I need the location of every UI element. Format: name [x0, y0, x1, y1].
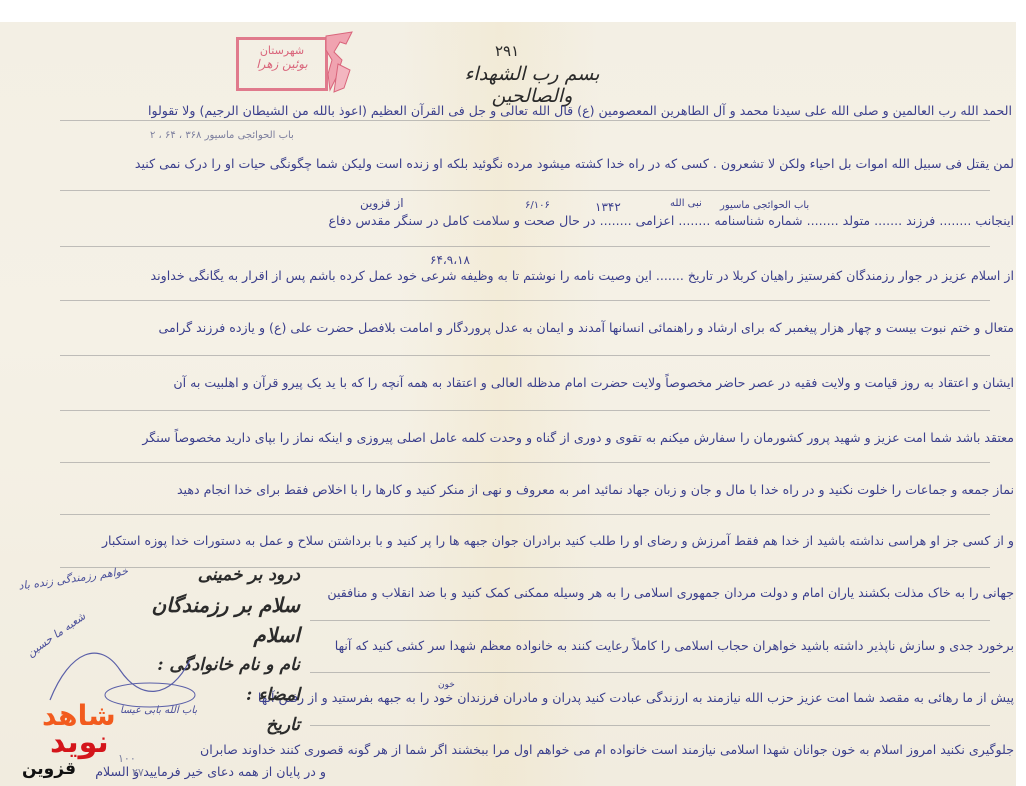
body-line-3: اینجانب ........ فرزند ....... متولد ...… [329, 213, 1014, 228]
date-annotation: ۶۴،۹،۱۸ [430, 253, 470, 267]
logo-line3: قزوین [22, 759, 76, 779]
small-annotation: خون [438, 680, 455, 690]
birth-year: ۱۳۴۲ [595, 200, 621, 214]
id-number: ۶/۱۰۶ [525, 200, 550, 211]
body-line-11: برخورد جدی و سازش ناپذیر داشته باشید خوا… [335, 638, 1014, 653]
body-line-6: ایشان و اعتقاد به روز قیامت و ولایت فقیه… [173, 375, 1014, 390]
body-line-10: جهانی را به خاک مذلت بکشند یاران امام و … [327, 585, 1014, 600]
body-line-5: متعال و ختم نبوت بیست و چهار هزار پیغمبر… [158, 320, 1014, 335]
ruled-line [310, 672, 990, 673]
ruled-line [310, 725, 990, 726]
ruled-line [60, 120, 990, 121]
ruled-line [310, 620, 990, 621]
page-number: ۲۹۱ [495, 42, 519, 60]
document-heading: بسم رب الشهداء والصالحین [432, 63, 632, 107]
ruled-line [60, 190, 990, 191]
footer-salute-khomeini: درود بر خمینی [140, 560, 300, 590]
body-line-12: پیش از ما رهائی به مقصد شما امت عزیز حزب… [258, 690, 1014, 705]
stamp-line1: شهرستان [239, 44, 325, 57]
ruled-line [60, 462, 990, 463]
father-annotation: نبی الله [670, 198, 702, 209]
pencil-annotation: باب الحوائجی ماسیور ۳۶۸ ، ۶۴ ، ۲ [150, 130, 294, 141]
stamp-line2: بوئین زهرا [239, 57, 325, 71]
body-line-8: نماز جمعه و جماعات را خلوت نکنید و در را… [177, 482, 1014, 497]
body-line-7: معتقد باشد شما امت عزیز و شهید پرور کشور… [142, 430, 1014, 445]
name-annotation: باب الحوائجی ماسیور [720, 200, 809, 211]
body-line-1: الحمد الله رب العالمین و صلی الله علی سی… [148, 103, 1012, 118]
ruled-line [60, 410, 990, 411]
body-line-4: از اسلام عزیز در جوار رزمندگان کفرستیز ر… [151, 268, 1014, 283]
body-line-2: لمن یقتل فی سبیل الله اموات بل احیاء ولک… [135, 156, 1014, 171]
watermark-logo: شاهد نوید قزوین [10, 695, 140, 785]
ruled-line [60, 355, 990, 356]
ruled-line [60, 246, 990, 247]
martyr-emblem-icon [322, 30, 356, 96]
ruled-line [60, 514, 990, 515]
body-line-13: جلوگیری نکنید امروز اسلام به خون جوانان … [200, 742, 1014, 757]
body-line-9: و از کسی جز او هراسی نداشته باشید از خدا… [102, 533, 1014, 548]
office-stamp: شهرستان بوئین زهرا [236, 37, 328, 91]
ruled-line [60, 300, 990, 301]
logo-line2: نوید [50, 725, 109, 760]
dispatch-city: از قزوین [360, 196, 404, 210]
